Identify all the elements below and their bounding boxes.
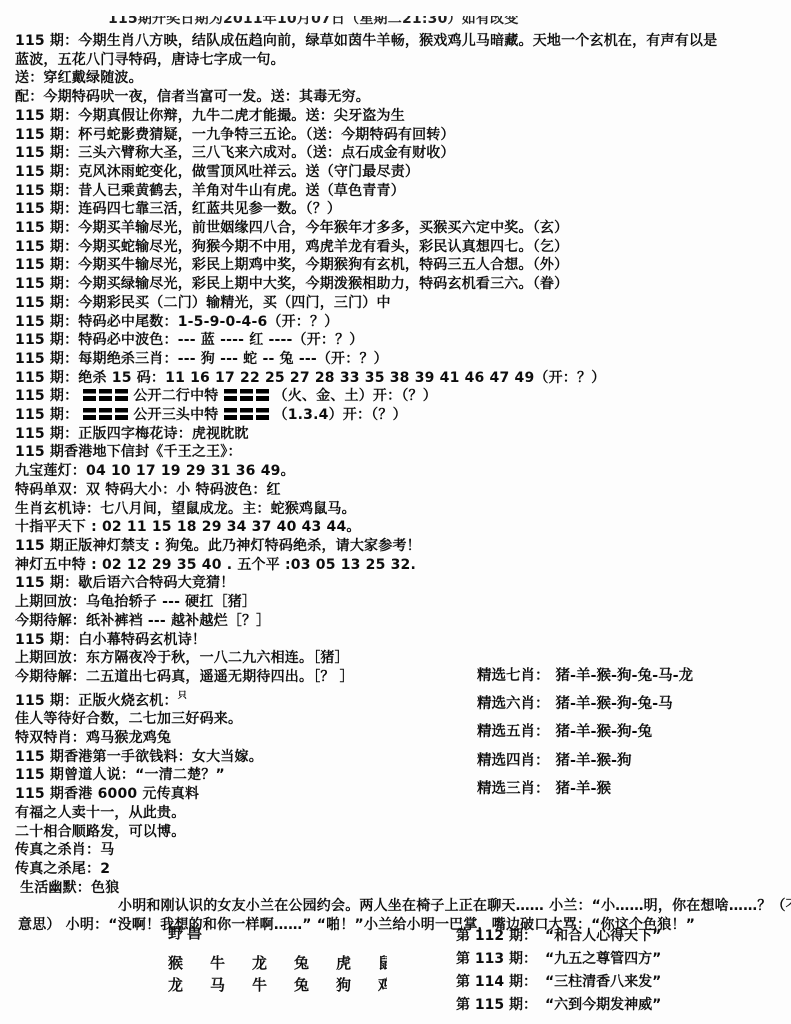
jingxuan-value: 猪-羊-猴 (556, 781, 612, 797)
doc-line: 二十相合顺路发，可以博。 (15, 823, 789, 842)
issue-label: 第 113 期： (456, 951, 537, 967)
issue-label: 第 115 期： (456, 997, 537, 1013)
beast-row-clipped-char: 鼠 (378, 952, 387, 974)
doc-line: 115 期：每期绝杀三肖：--- 狗 --- 蛇 -- 兔 ---（开：？） (15, 350, 789, 369)
bar-icon (115, 408, 128, 420)
doc-line: 115 期：连码四七靠三活，红蓝共见参一数。（？） (15, 200, 789, 219)
doc-line: 115 期：正版四字梅花诗：虎视眈眈 (15, 425, 789, 444)
bar-icon (224, 408, 237, 420)
jingxuan-zodiac-column: 精选七肖：猪-羊-猴-狗-兔-马-龙精选六肖：猪-羊-猴-狗-兔-马精选五肖：猪… (477, 662, 693, 803)
issue-quote: “三柱清香八来发” (545, 974, 661, 990)
bar-block-icon (83, 408, 128, 420)
doc-line-text: 公开二行中特 (133, 388, 218, 404)
jingxuan-row: 精选七肖：猪-羊-猴-狗-兔-马-龙 (477, 662, 693, 690)
doc-line-text: （1.3.4）开：（？） (274, 407, 407, 423)
beast-rows: 猴牛龙兔虎鼠龙马牛兔狗鸡 (168, 952, 387, 996)
issue-label: 第 112 期： (456, 928, 537, 944)
jingxuan-label: 精选五肖： (477, 724, 550, 740)
bar-block-icon (224, 408, 269, 420)
doc-line: 送：穿红戴绿随波。 (15, 69, 789, 88)
doc-line: 神灯五中特 : 02 12 29 35 40 . 五个平 :03 05 13 2… (15, 556, 789, 575)
issue-row: 第 113 期：“九五之尊管四方” (456, 948, 661, 971)
bar-icon (115, 389, 128, 401)
issue-label: 第 114 期： (456, 974, 537, 990)
jingxuan-label: 精选四肖： (477, 753, 550, 769)
doc-line: 上期回放：乌龟抬轿子 --- 硬扛［猪］ (15, 593, 789, 612)
doc-line: 115 期香港地下信封《千王之王》： (15, 443, 789, 462)
doc-line: 115 期：昔人已乘黄鹤去，羊角对牛山有虎。送（草色青青） (15, 182, 789, 201)
doc-line: 意思） 小明：“没啊！我想的和你一样啊……” “啪！”小兰给小明一巴掌，嘴边破口… (18, 916, 789, 935)
doc-line: 生肖玄机诗：七八月间，望鼠成龙。主：蛇猴鸡鼠马。 (15, 500, 789, 519)
beast-title: 野兽 (168, 922, 387, 943)
jingxuan-label: 精选七肖： (477, 668, 550, 684)
issue-row: 第 115 期：“六到今期发神威” (456, 994, 661, 1017)
issue-row: 第 112 期：“和合人心得天下” (456, 925, 661, 948)
jingxuan-value: 猪-羊-猴-狗-兔-马-龙 (556, 668, 694, 684)
superscript-char: 只 (178, 691, 187, 701)
doc-line: 115 期：今期真假让你辩，九牛二虎才能撮。送：尖牙盗为生 (15, 107, 789, 126)
bar-icon (240, 408, 253, 420)
doc-line: 115 期：今期买羊输尽光，前世姻缘四八合，今年猴年才多多，买猴买六定中奖。（玄… (15, 219, 789, 238)
doc-line: 115 期：今期生肖八方映，结队成伍趋向前，绿草如茵牛羊畅，猴戏鸡儿马暗藏。天地… (15, 32, 789, 51)
lottery-tipsheet-page: 115期开奖日期为2011年10月07日（星期二21:30）如有改变 115 期… (0, 0, 791, 1024)
bar-icon (256, 408, 269, 420)
doc-line: 生活幽默：色狼 (20, 879, 789, 898)
doc-line: 115 期：公开三头中特（1.3.4）开：（？） (15, 406, 789, 425)
beast-row-clipped-char: 鸡 (378, 974, 387, 996)
beast-row: 龙马牛兔狗鸡 (168, 974, 387, 996)
doc-line: 115 期：今期彩民买（二门）输精光，买（四门，三门）中 (15, 294, 789, 313)
doc-line: 115 期正版神灯禁支 : 狗兔。此乃神灯特码绝杀，请大家参考！ (15, 537, 789, 556)
doc-line: 配：今期特码吠一夜，信者当富可一发。送：其毒无穷。 (15, 88, 789, 107)
bar-icon (224, 389, 237, 401)
doc-line: 115 期：克风沐雨蛇变化，做雪顶风吐祥云。送（守门最尽责） (15, 163, 789, 182)
jingxuan-row: 精选四肖：猪-羊-猴-狗 (477, 747, 693, 775)
issue-row: 第 114 期：“三柱清香八来发” (456, 971, 661, 994)
doc-line-text: 115 期：正版火烧玄机： (15, 693, 178, 709)
doc-line-text: 115 期： (15, 407, 78, 423)
jingxuan-row: 精选五肖：猪-羊-猴-狗-兔 (477, 718, 693, 746)
beast-row-chars: 猴牛龙兔虎 (168, 954, 378, 972)
doc-line: 115 期：绝杀 15 码：11 16 17 22 25 27 28 33 35… (15, 369, 789, 388)
bar-icon (99, 408, 112, 420)
bar-block-icon (224, 389, 269, 401)
doc-line: 115 期：今期买蛇输尽光，狗猴今期不中用，鸡虎羊龙有看头，彩民认真想四七。（乞… (15, 238, 789, 257)
doc-line: 九宝莲灯：04 10 17 19 29 31 36 49。 (15, 462, 789, 481)
beast-row: 猴牛龙兔虎鼠 (168, 952, 387, 974)
doc-line: 小明和刚认识的女友小兰在公园约会。两人坐在椅子上正在聊天…… 小兰：“小……明，… (118, 897, 789, 916)
bar-icon (256, 389, 269, 401)
jingxuan-row: 精选六肖：猪-羊-猴-狗-兔-马 (477, 690, 693, 718)
doc-line: 115 期：杯弓蛇影费猜疑，一九争特三五论。（送：今期特码有回转） (15, 126, 789, 145)
doc-line: 115 期：白小幕特码玄机诗！ (15, 631, 789, 650)
doc-line: 115 期：特码必中尾数：1-5-9-0-4-6（开：？） (15, 313, 789, 332)
doc-line: 115 期：特码必中波色：--- 蓝 ---- 红 ----（开：？） (15, 331, 789, 350)
bar-icon (99, 389, 112, 401)
jingxuan-value: 猪-羊-猴-狗-兔 (556, 724, 653, 740)
doc-line: 十指平天下 : 02 11 15 18 29 34 37 40 43 44。 (15, 518, 789, 537)
issue-quotes-column: 第 112 期：“和合人心得天下”第 113 期：“九五之尊管四方”第 114 … (456, 925, 661, 1017)
doc-line: 115 期：三头六臂称大圣，三八飞来六成对。（送：点石成金有财收） (15, 144, 789, 163)
doc-line-text: （火、金、土）开：（？） (274, 388, 437, 404)
issue-quote: “九五之尊管四方” (545, 951, 661, 967)
doc-line: 传真之杀肖：马 (15, 841, 789, 860)
doc-line: 今期待解：纸补裤裆 --- 越补越烂［？］ (15, 612, 789, 631)
jingxuan-value: 猪-羊-猴-狗 (556, 753, 632, 769)
beast-row-chars: 龙马牛兔狗 (168, 976, 378, 994)
doc-line: 蓝波，五花八门寻特码，唐诗七字成一句。 (15, 51, 789, 70)
jingxuan-label: 精选六肖： (477, 696, 550, 712)
doc-line: 特码单双：双 特码大小：小 特码波色：红 (15, 481, 789, 500)
bar-icon (83, 408, 96, 420)
bar-icon (83, 389, 96, 401)
clipped-date-header: 115期开奖日期为2011年10月07日（星期二21:30）如有改变 (108, 16, 789, 32)
doc-line: 115 期：今期买绿输尽光，彩民上期中大奖，今期泼猴相助力，特码玄机看三六。（眷… (15, 275, 789, 294)
clipped-date-text: 115期开奖日期为2011年10月07日（星期二21:30）如有改变 (108, 16, 789, 29)
doc-line-text: 115 期： (15, 388, 78, 404)
bar-block-icon (83, 389, 128, 401)
issue-quote: “和合人心得天下” (545, 928, 661, 944)
doc-line: 115 期：歇后语六合特码大竞猜！ (15, 574, 789, 593)
doc-line-text: 公开三头中特 (133, 407, 218, 423)
bar-icon (240, 389, 253, 401)
jingxuan-label: 精选三肖： (477, 781, 550, 797)
jingxuan-row: 精选三肖：猪-羊-猴 (477, 775, 693, 803)
doc-line: 有福之人卖十一，从此贵。 (15, 804, 789, 823)
doc-line: 115 期：公开二行中特（火、金、土）开：（？） (15, 387, 789, 406)
beast-block: 野兽 猴牛龙兔虎鼠龙马牛兔狗鸡 (168, 922, 387, 996)
doc-line: 传真之杀尾：2 (15, 860, 789, 879)
jingxuan-value: 猪-羊-猴-狗-兔-马 (556, 696, 673, 712)
doc-line: 115 期：今期买牛输尽光，彩民上期鸡中奖，今期猴狗有玄机，特码三五人合想。（外… (15, 256, 789, 275)
issue-quote: “六到今期发神威” (545, 997, 661, 1013)
